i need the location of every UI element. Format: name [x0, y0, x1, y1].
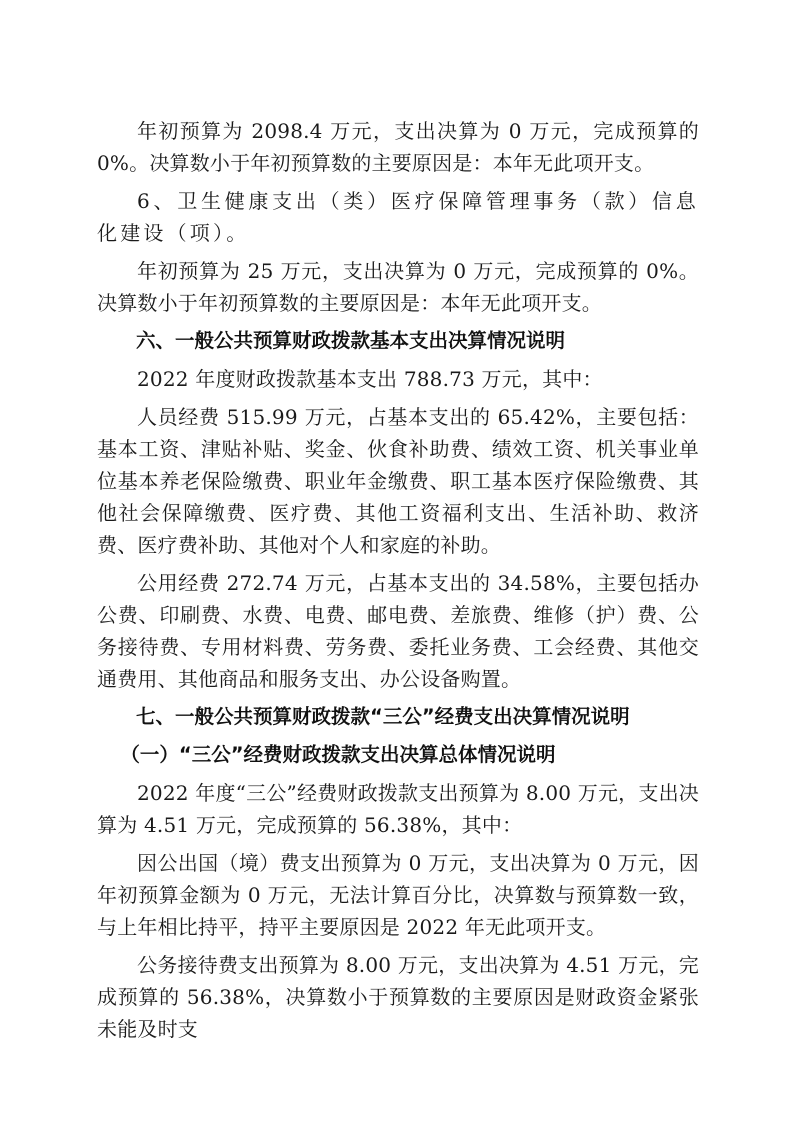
paragraph-three-public-total: 2022 年度“三公”经费财政拨款支出预算为 8.00 万元，支出决算为 4.5…	[97, 777, 699, 841]
section-heading-6: 六、一般公共预算财政拨款基本支出决算情况说明	[97, 325, 699, 357]
paragraph-public-expenses: 公用经费 272.74 万元，占基本支出的 34.58%，主要包括办公费、印刷费…	[97, 567, 699, 695]
paragraph-overseas-travel: 因公出国（境）费支出预算为 0 万元，支出决算为 0 万元，因年初预算金额为 0…	[97, 847, 699, 943]
paragraph-item-6-title: 6、卫生健康支出（类）医疗保障管理事务（款）信息化建设（项）。	[97, 185, 699, 249]
section-heading-7: 七、一般公共预算财政拨款“三公”经费支出决算情况说明	[97, 701, 699, 733]
paragraph-budget-2098: 年初预算为 2098.4 万元，支出决算为 0 万元，完成预算的 0%。决算数小…	[97, 115, 699, 179]
subsection-heading-7-1: （一）“三公”经费财政拨款支出决算总体情况说明	[97, 739, 699, 771]
paragraph-budget-25: 年初预算为 25 万元，支出决算为 0 万元，完成预算的 0%。决算数小于年初预…	[97, 255, 699, 319]
paragraph-personnel-expenses: 人员经费 515.99 万元，占基本支出的 65.42%，主要包括：基本工资、津…	[97, 401, 699, 561]
paragraph-official-reception: 公务接待费支出预算为 8.00 万元，支出决算为 4.51 万元，完成预算的 5…	[97, 949, 699, 1045]
paragraph-basic-expenditure-total: 2022 年度财政拨款基本支出 788.73 万元，其中：	[97, 363, 699, 395]
document-page: 年初预算为 2098.4 万元，支出决算为 0 万元，完成预算的 0%。决算数小…	[97, 115, 699, 1051]
